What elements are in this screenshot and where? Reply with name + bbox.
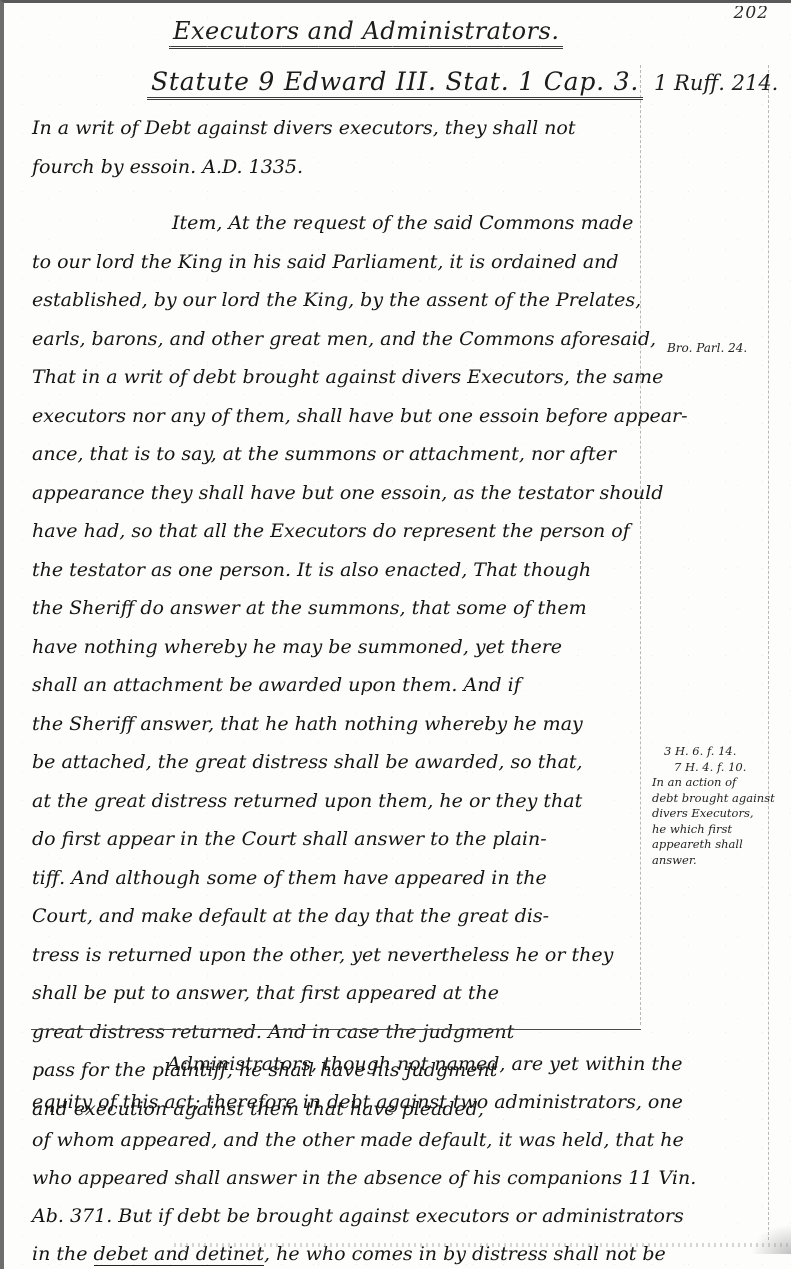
body-line: earls, barons, and other great men, and …: [32, 320, 642, 359]
commentary-line: equity of this act; therefore in debt ag…: [32, 1083, 772, 1121]
body-line: the Sheriff answer, that he hath nothing…: [32, 705, 642, 744]
body-line: at the great distress returned upon them…: [32, 782, 642, 821]
commentary-last-prefix: in the: [32, 1243, 94, 1265]
commentary-line: Administrators, though not named, are ye…: [32, 1045, 772, 1083]
side-summary-line: appeareth shall: [652, 837, 775, 853]
body-line: tress is returned upon the other, yet ne…: [32, 936, 642, 975]
body-line: have nothing whereby he may be summoned,…: [32, 628, 642, 667]
side-note-citations: 3 H. 6. f. 14. 7 H. 4. f. 10. In an acti…: [652, 744, 775, 868]
page-title-text: Executors and Administrators.: [169, 17, 563, 49]
statute-heading-text: Statute 9 Edward III. Stat. 1 Cap. 3.: [147, 67, 643, 100]
scan-smudge: [174, 1243, 791, 1247]
body-line: the Sheriff do answer at the summons, th…: [32, 589, 642, 628]
page-title: Executors and Administrators.: [169, 17, 791, 49]
body-line: shall an attachment be awarded upon them…: [32, 666, 642, 705]
side-summary-line: answer.: [652, 853, 775, 869]
manuscript-page: 202 Executors and Administrators. Statut…: [0, 0, 791, 1269]
scan-corner-smudge: [751, 1224, 791, 1254]
commentary-line: who appeared shall answer in the absence…: [32, 1159, 772, 1197]
body-line: tiff. And although some of them have app…: [32, 859, 642, 898]
side-summary-line: In an action of: [652, 775, 775, 791]
commentary-line-last: in the debet and detinet, he who comes i…: [32, 1235, 772, 1269]
section-divider: [31, 1029, 641, 1030]
statute-summary: In a writ of Debt against divers executo…: [32, 109, 642, 186]
commentary-line: of whom appeared, and the other made def…: [32, 1121, 772, 1159]
side-summary-line: debt brought against: [652, 791, 775, 807]
body-line: executors nor any of them, shall have bu…: [32, 397, 642, 436]
body-line: to our lord the King in his said Parliam…: [32, 243, 642, 282]
commentary: Administrators, though not named, are ye…: [32, 1045, 772, 1269]
side-summary-line: divers Executors,: [652, 806, 775, 822]
body-line: Court, and make default at the day that …: [32, 897, 642, 936]
summary-line: fourch by essoin. A.D. 1335.: [32, 148, 642, 187]
statute-body: Item, At the request of the said Commons…: [32, 204, 642, 1128]
commentary-line: Ab. 371. But if debt be brought against …: [32, 1197, 772, 1235]
body-line: the testator as one person. It is also e…: [32, 551, 642, 590]
body-line: ance, that is to say, at the summons or …: [32, 435, 642, 474]
body-line: be attached, the great distress shall be…: [32, 743, 642, 782]
citation-line: 7 H. 4. f. 10.: [652, 760, 775, 776]
body-line: appearance they shall have but one essoi…: [32, 474, 642, 513]
side-note-bro-parl: Bro. Parl. 24.: [667, 341, 747, 355]
side-summary-line: he which first: [652, 822, 775, 838]
body-line: That in a writ of debt brought against d…: [32, 358, 642, 397]
margin-reference: 1 Ruff. 214.: [654, 71, 778, 95]
summary-line: In a writ of Debt against divers executo…: [32, 109, 642, 148]
body-line: Item, At the request of the said Commons…: [32, 204, 642, 243]
citation-line: 3 H. 6. f. 14.: [652, 744, 775, 760]
body-line: have had, so that all the Executors do r…: [32, 512, 642, 551]
body-line: shall be put to answer, that first appea…: [32, 974, 642, 1013]
body-line: do first appear in the Court shall answe…: [32, 820, 642, 859]
body-line: established, by our lord the King, by th…: [32, 281, 642, 320]
